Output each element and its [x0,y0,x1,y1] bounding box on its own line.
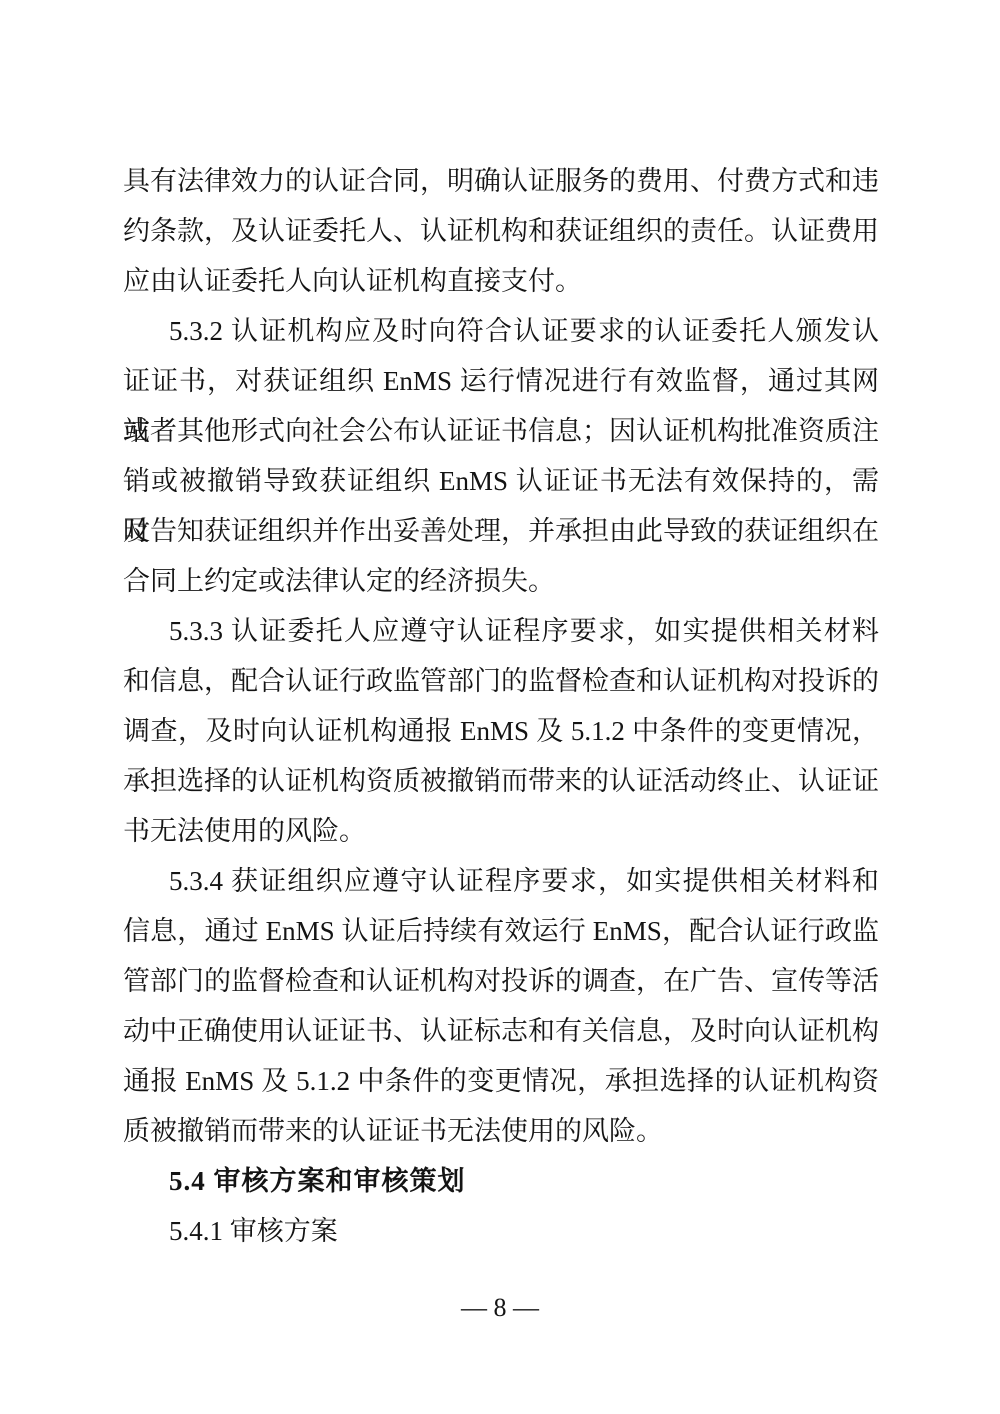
text-line: 销或被撤销导致获证组织 EnMS 认证证书无法有效保持的，需及 [123,456,879,506]
text-line: 应由认证委托人向认证机构直接支付。 [123,256,879,306]
section-5-3-2-line: 5.3.2 认证机构应及时向符合认证要求的认证委托人颁发认 [123,306,879,356]
text-line: 时告知获证组织并作出妥善处理，并承担由此导致的获证组织在 [123,506,879,556]
text-line: 书无法使用的风险。 [123,806,879,856]
text-line: 承担选择的认证机构资质被撤销而带来的认证活动终止、认证证 [123,756,879,806]
section-heading-5-4-1: 5.4.1 审核方案 [123,1206,879,1256]
text-line: 和信息，配合认证行政监管部门的监督检查和认证机构对投诉的 [123,656,879,706]
text-line: 通报 EnMS 及 5.1.2 中条件的变更情况，承担选择的认证机构资 [123,1056,879,1106]
text-line: 信息，通过 EnMS 认证后持续有效运行 EnMS，配合认证行政监 [123,906,879,956]
section-5-3-4-line: 5.3.4 获证组织应遵守认证程序要求，如实提供相关材料和 [123,856,879,906]
text-line: 调查，及时向认证机构通报 EnMS 及 5.1.2 中条件的变更情况， [123,706,879,756]
text-line: 约条款，及认证委托人、认证机构和获证组织的责任。认证费用 [123,206,879,256]
document-body: 具有法律效力的认证合同，明确认证服务的费用、付费方式和违 约条款，及认证委托人、… [123,156,879,1256]
section-5-3-3-line: 5.3.3 认证委托人应遵守认证程序要求，如实提供相关材料 [123,606,879,656]
text-line: 证证书，对获证组织 EnMS 运行情况进行有效监督，通过其网站 [123,356,879,406]
text-line: 质被撤销而带来的认证证书无法使用的风险。 [123,1106,879,1156]
text-line: 合同上约定或法律认定的经济损失。 [123,556,879,606]
text-line: 管部门的监督检查和认证机构对投诉的调查，在广告、宣传等活 [123,956,879,1006]
section-heading-5-4: 5.4 审核方案和审核策划 [123,1156,879,1206]
text-line: 具有法律效力的认证合同，明确认证服务的费用、付费方式和违 [123,156,879,206]
text-line: 动中正确使用认证证书、认证标志和有关信息，及时向认证机构 [123,1006,879,1056]
page-number: — 8 — [0,1288,1000,1328]
document-page: 具有法律效力的认证合同，明确认证服务的费用、付费方式和违 约条款，及认证委托人、… [0,0,1000,1414]
text-line: 或者其他形式向社会公布认证证书信息；因认证机构批准资质注 [123,406,879,456]
